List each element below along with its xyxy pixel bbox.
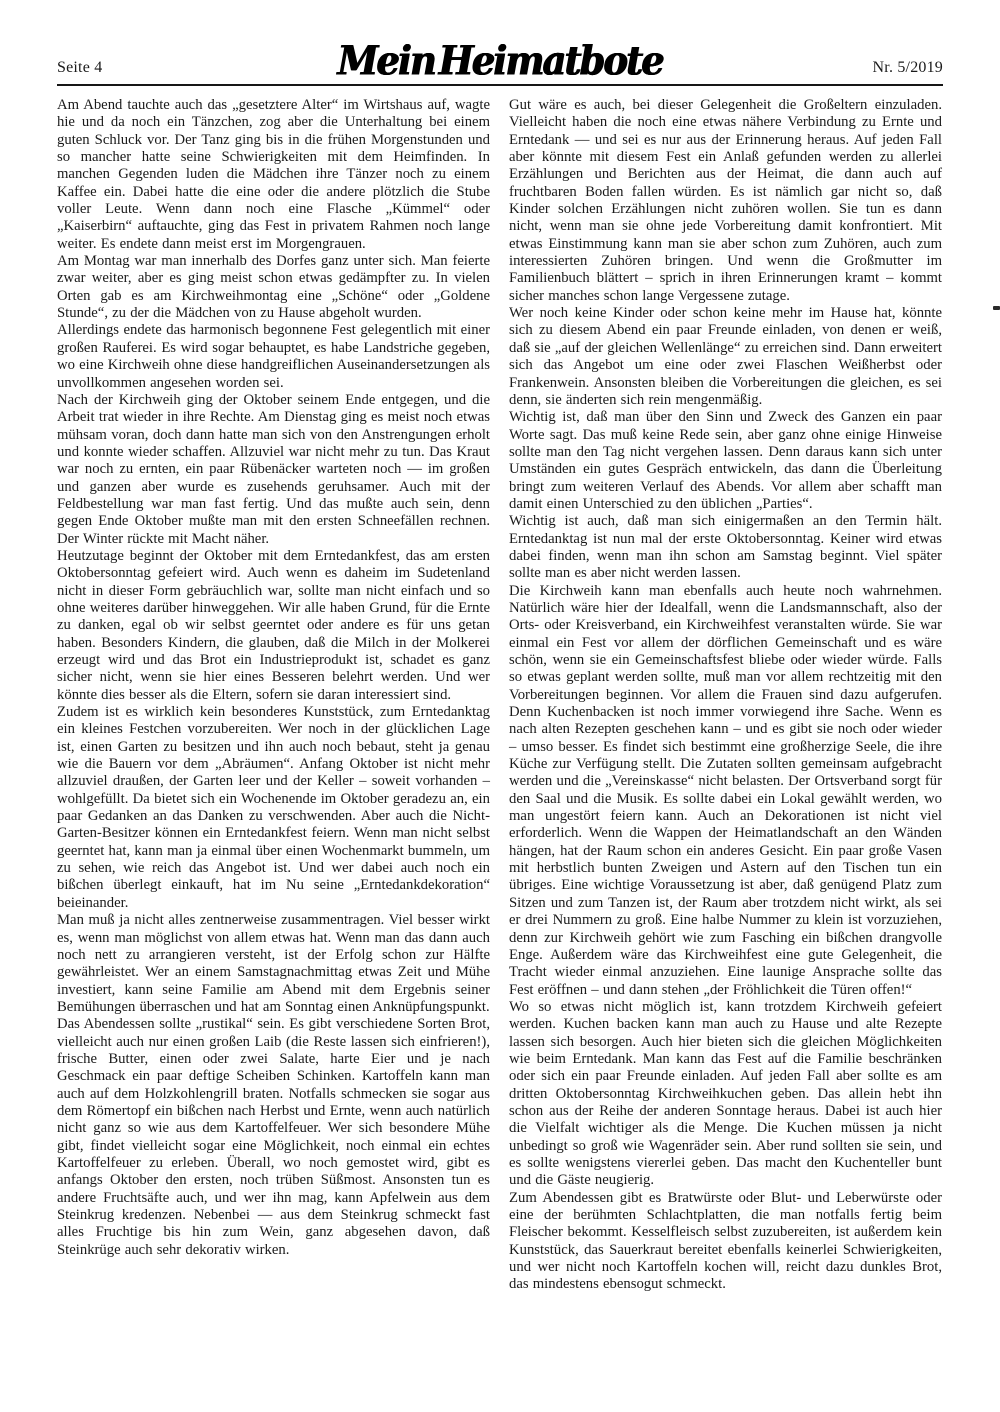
paragraph: Allerdings endete das harmonisch begonne… [57, 322, 490, 391]
paragraph: Wo so etwas nicht möglich ist, kann trot… [509, 999, 942, 1190]
page-header: Seite 4 Mein Heimatbote Nr. 5/2019 [57, 0, 943, 86]
article-body: Am Abend tauchte auch das „gesetztere Al… [57, 97, 943, 1294]
paragraph: Man muß ja nicht alles zentnerweise zusa… [57, 912, 490, 1016]
paragraph: Gut wäre es auch, bei dieser Gelegenheit… [509, 97, 942, 305]
paragraph: Heutzutage beginnt der Oktober mit dem E… [57, 548, 490, 704]
paragraph: Wichtig ist, daß man über den Sinn und Z… [509, 409, 942, 513]
paragraph: Zudem ist es wirklich kein besonderes Ku… [57, 704, 490, 912]
issue-number-label: Nr. 5/2019 [873, 59, 943, 77]
paragraph: Am Montag war man innerhalb des Dorfes g… [57, 253, 490, 322]
paragraph: Wer noch keine Kinder oder schon keine m… [509, 305, 942, 409]
paragraph: Am Abend tauchte auch das „gesetztere Al… [57, 97, 490, 253]
newspaper-page: Seite 4 Mein Heimatbote Nr. 5/2019 Am Ab… [0, 0, 1000, 1412]
page-number-label: Seite 4 [57, 59, 102, 77]
right-column: Gut wäre es auch, bei dieser Gelegenheit… [509, 97, 942, 1294]
left-column: Am Abend tauchte auch das „gesetztere Al… [57, 97, 490, 1294]
paragraph: Zum Abendessen gibt es Bratwürste oder B… [509, 1190, 942, 1294]
paragraph: Nach der Kirchweih ging der Oktober sein… [57, 392, 490, 548]
masthead-title: Mein Heimatbote [337, 36, 662, 84]
paragraph: Wichtig ist auch, daß man sich einigerma… [509, 513, 942, 582]
paragraph: Die Kirchweih kann man ebenfalls auch he… [509, 583, 942, 999]
scan-artifact [993, 306, 1000, 310]
paragraph: Das Abendessen sollte „rustikal“ sein. E… [57, 1016, 490, 1259]
